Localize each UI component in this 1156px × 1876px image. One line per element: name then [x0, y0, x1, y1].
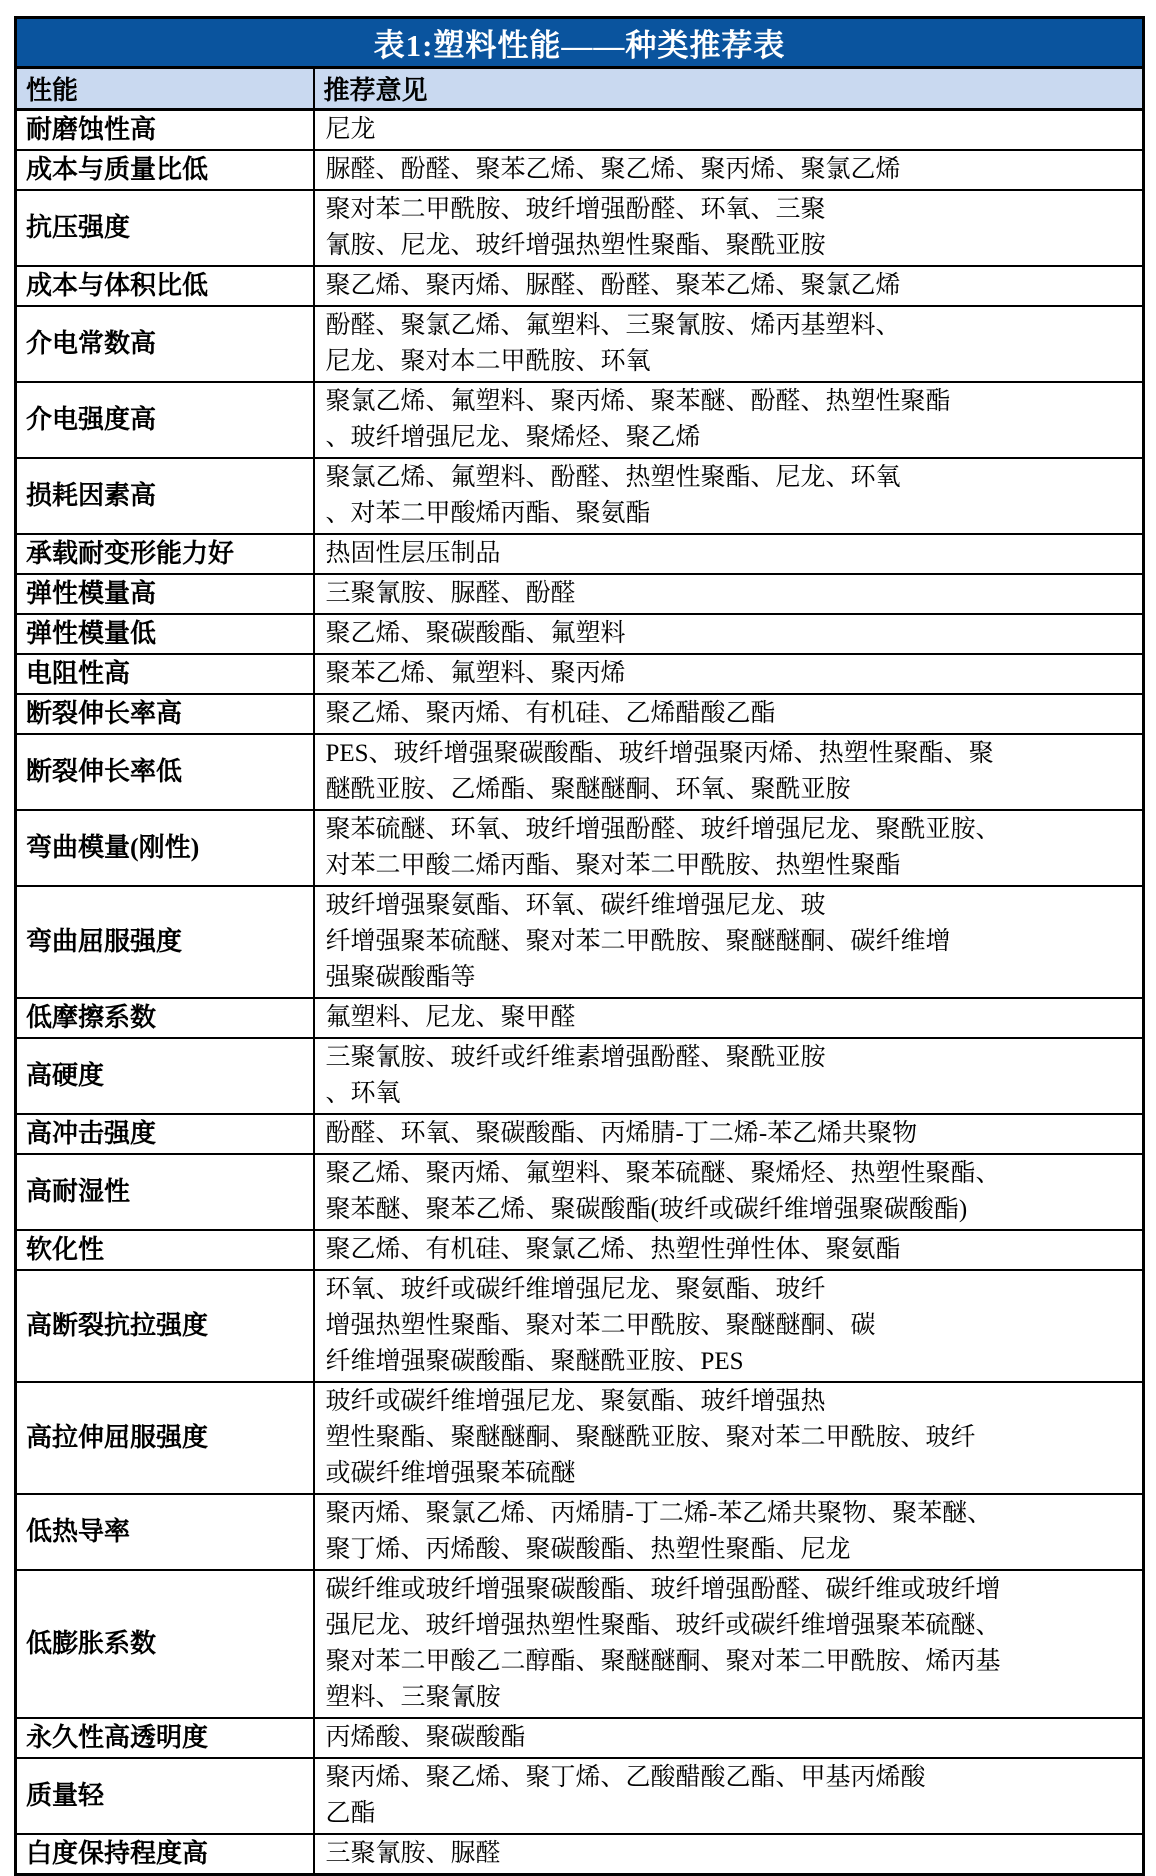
recommendation-cell: 聚氯乙烯、氟塑料、酚醛、热塑性聚酯、尼龙、环氧 、对苯二甲酸烯丙酯、聚氨酯 — [314, 458, 1144, 534]
property-cell: 介电常数高 — [16, 306, 314, 382]
table-row: 承载耐变形能力好 热固性层压制品 — [16, 534, 1144, 574]
table-row: 高拉伸屈服强度 玻纤或碳纤维增强尼龙、聚氨酯、玻纤增强热 塑性聚酯、聚醚醚酮、聚… — [16, 1382, 1144, 1494]
recommendation-cell: 环氧、玻纤或碳纤维增强尼龙、聚氨酯、玻纤 增强热塑性聚酯、聚对苯二甲酰胺、聚醚醚… — [314, 1270, 1144, 1382]
property-cell: 软化性 — [16, 1230, 314, 1270]
recommendation-cell: 三聚氰胺、脲醛、酚醛 — [314, 574, 1144, 614]
recommendation-cell: 脲醛、酚醛、聚苯乙烯、聚乙烯、聚丙烯、聚氯乙烯 — [314, 150, 1144, 190]
column-header-recommendation: 推荐意见 — [314, 68, 1144, 110]
recommendation-cell: 玻纤增强聚氨酯、环氧、碳纤维增强尼龙、玻 纤增强聚苯硫醚、聚对苯二甲酰胺、聚醚醚… — [314, 886, 1144, 998]
property-cell: 弹性模量高 — [16, 574, 314, 614]
property-cell: 低膨胀系数 — [16, 1570, 314, 1718]
property-cell: 损耗因素高 — [16, 458, 314, 534]
property-cell: 高耐湿性 — [16, 1154, 314, 1230]
property-cell: 弯曲屈服强度 — [16, 886, 314, 998]
property-cell: 高硬度 — [16, 1038, 314, 1114]
table-row: 弯曲屈服强度 玻纤增强聚氨酯、环氧、碳纤维增强尼龙、玻 纤增强聚苯硫醚、聚对苯二… — [16, 886, 1144, 998]
table-row: 高耐湿性 聚乙烯、聚丙烯、氟塑料、聚苯硫醚、聚烯烃、热塑性聚酯、 聚苯醚、聚苯乙… — [16, 1154, 1144, 1230]
property-cell: 质量轻 — [16, 1758, 314, 1834]
property-cell: 抗压强度 — [16, 190, 314, 266]
property-cell: 永久性高透明度 — [16, 1718, 314, 1758]
recommendation-cell: 三聚氰胺、脲醛 — [314, 1834, 1144, 1875]
table-row: 永久性高透明度 丙烯酸、聚碳酸酯 — [16, 1718, 1144, 1758]
table-row: 弯曲模量(刚性) 聚苯硫醚、环氧、玻纤增强酚醛、玻纤增强尼龙、聚酰亚胺、 对苯二… — [16, 810, 1144, 886]
recommendation-cell: 聚丙烯、聚氯乙烯、丙烯腈-丁二烯-苯乙烯共聚物、聚苯醚、 聚丁烯、丙烯酸、聚碳酸… — [314, 1494, 1144, 1570]
table-row: 白度保持程度高 三聚氰胺、脲醛 — [16, 1834, 1144, 1875]
recommendation-cell: 聚乙烯、聚丙烯、脲醛、酚醛、聚苯乙烯、聚氯乙烯 — [314, 266, 1144, 306]
table-row: 软化性 聚乙烯、有机硅、聚氯乙烯、热塑性弹性体、聚氨酯 — [16, 1230, 1144, 1270]
property-cell: 电阻性高 — [16, 654, 314, 694]
plastics-recommendation-table: 表1:塑料性能——种类推荐表 性能 推荐意见 耐磨蚀性高 尼龙 成本与质量比低 … — [14, 16, 1145, 1876]
table-row: 低摩擦系数 氟塑料、尼龙、聚甲醛 — [16, 998, 1144, 1038]
recommendation-cell: 聚丙烯、聚乙烯、聚丁烯、乙酸醋酸乙酯、甲基丙烯酸 乙酯 — [314, 1758, 1144, 1834]
column-header-property: 性能 — [16, 68, 314, 110]
table-row: 弹性模量高 三聚氰胺、脲醛、酚醛 — [16, 574, 1144, 614]
property-cell: 断裂伸长率高 — [16, 694, 314, 734]
table-row: 电阻性高 聚苯乙烯、氟塑料、聚丙烯 — [16, 654, 1144, 694]
table-row: 低膨胀系数 碳纤维或玻纤增强聚碳酸酯、玻纤增强酚醛、碳纤维或玻纤增 强尼龙、玻纤… — [16, 1570, 1144, 1718]
table-row: 断裂伸长率高 聚乙烯、聚丙烯、有机硅、乙烯醋酸乙酯 — [16, 694, 1144, 734]
recommendation-cell: 玻纤或碳纤维增强尼龙、聚氨酯、玻纤增强热 塑性聚酯、聚醚醚酮、聚醚酰亚胺、聚对苯… — [314, 1382, 1144, 1494]
property-cell: 低热导率 — [16, 1494, 314, 1570]
table-row: 介电强度高 聚氯乙烯、氟塑料、聚丙烯、聚苯醚、酚醛、热塑性聚酯 、玻纤增强尼龙、… — [16, 382, 1144, 458]
recommendation-cell: 碳纤维或玻纤增强聚碳酸酯、玻纤增强酚醛、碳纤维或玻纤增 强尼龙、玻纤增强热塑性聚… — [314, 1570, 1144, 1718]
table-body: 耐磨蚀性高 尼龙 成本与质量比低 脲醛、酚醛、聚苯乙烯、聚乙烯、聚丙烯、聚氯乙烯… — [16, 110, 1144, 1875]
table-row: 质量轻 聚丙烯、聚乙烯、聚丁烯、乙酸醋酸乙酯、甲基丙烯酸 乙酯 — [16, 1758, 1144, 1834]
table-row: 高断裂抗拉强度 环氧、玻纤或碳纤维增强尼龙、聚氨酯、玻纤 增强热塑性聚酯、聚对苯… — [16, 1270, 1144, 1382]
table-row: 低热导率 聚丙烯、聚氯乙烯、丙烯腈-丁二烯-苯乙烯共聚物、聚苯醚、 聚丁烯、丙烯… — [16, 1494, 1144, 1570]
table-row: 耐磨蚀性高 尼龙 — [16, 110, 1144, 151]
recommendation-cell: 氟塑料、尼龙、聚甲醛 — [314, 998, 1144, 1038]
property-cell: 高冲击强度 — [16, 1114, 314, 1154]
recommendation-cell: 聚苯硫醚、环氧、玻纤增强酚醛、玻纤增强尼龙、聚酰亚胺、 对苯二甲酸二烯丙酯、聚对… — [314, 810, 1144, 886]
document-page: 表1:塑料性能——种类推荐表 性能 推荐意见 耐磨蚀性高 尼龙 成本与质量比低 … — [0, 0, 1156, 1806]
table-row: 成本与质量比低 脲醛、酚醛、聚苯乙烯、聚乙烯、聚丙烯、聚氯乙烯 — [16, 150, 1144, 190]
recommendation-cell: 聚氯乙烯、氟塑料、聚丙烯、聚苯醚、酚醛、热塑性聚酯 、玻纤增强尼龙、聚烯烃、聚乙… — [314, 382, 1144, 458]
recommendation-cell: 丙烯酸、聚碳酸酯 — [314, 1718, 1144, 1758]
recommendation-cell: 酚醛、聚氯乙烯、氟塑料、三聚氰胺、烯丙基塑料、 尼龙、聚对本二甲酰胺、环氧 — [314, 306, 1144, 382]
table-row: 弹性模量低 聚乙烯、聚碳酸酯、氟塑料 — [16, 614, 1144, 654]
table-title: 表1:塑料性能——种类推荐表 — [16, 18, 1144, 68]
table-row: 高硬度 三聚氰胺、玻纤或纤维素增强酚醛、聚酰亚胺 、环氧 — [16, 1038, 1144, 1114]
property-cell: 断裂伸长率低 — [16, 734, 314, 810]
title-row: 表1:塑料性能——种类推荐表 — [16, 18, 1144, 68]
table-row: 抗压强度 聚对苯二甲酰胺、玻纤增强酚醛、环氧、三聚 氰胺、尼龙、玻纤增强热塑性聚… — [16, 190, 1144, 266]
recommendation-cell: 三聚氰胺、玻纤或纤维素增强酚醛、聚酰亚胺 、环氧 — [314, 1038, 1144, 1114]
recommendation-cell: 聚乙烯、聚丙烯、氟塑料、聚苯硫醚、聚烯烃、热塑性聚酯、 聚苯醚、聚苯乙烯、聚碳酸… — [314, 1154, 1144, 1230]
recommendation-cell: 聚苯乙烯、氟塑料、聚丙烯 — [314, 654, 1144, 694]
recommendation-cell: PES、玻纤增强聚碳酸酯、玻纤增强聚丙烯、热塑性聚酯、聚 醚酰亚胺、乙烯酯、聚醚… — [314, 734, 1144, 810]
table-row: 损耗因素高 聚氯乙烯、氟塑料、酚醛、热塑性聚酯、尼龙、环氧 、对苯二甲酸烯丙酯、… — [16, 458, 1144, 534]
table-row: 断裂伸长率低 PES、玻纤增强聚碳酸酯、玻纤增强聚丙烯、热塑性聚酯、聚 醚酰亚胺… — [16, 734, 1144, 810]
property-cell: 低摩擦系数 — [16, 998, 314, 1038]
property-cell: 承载耐变形能力好 — [16, 534, 314, 574]
table-row: 介电常数高 酚醛、聚氯乙烯、氟塑料、三聚氰胺、烯丙基塑料、 尼龙、聚对本二甲酰胺… — [16, 306, 1144, 382]
property-cell: 弯曲模量(刚性) — [16, 810, 314, 886]
property-cell: 白度保持程度高 — [16, 1834, 314, 1875]
property-cell: 成本与体积比低 — [16, 266, 314, 306]
property-cell: 成本与质量比低 — [16, 150, 314, 190]
property-cell: 高拉伸屈服强度 — [16, 1382, 314, 1494]
property-cell: 弹性模量低 — [16, 614, 314, 654]
recommendation-cell: 聚乙烯、有机硅、聚氯乙烯、热塑性弹性体、聚氨酯 — [314, 1230, 1144, 1270]
table-row: 成本与体积比低 聚乙烯、聚丙烯、脲醛、酚醛、聚苯乙烯、聚氯乙烯 — [16, 266, 1144, 306]
property-cell: 高断裂抗拉强度 — [16, 1270, 314, 1382]
recommendation-cell: 聚对苯二甲酰胺、玻纤增强酚醛、环氧、三聚 氰胺、尼龙、玻纤增强热塑性聚酯、聚酰亚… — [314, 190, 1144, 266]
recommendation-cell: 尼龙 — [314, 110, 1144, 151]
recommendation-cell: 酚醛、环氧、聚碳酸酯、丙烯腈-丁二烯-苯乙烯共聚物 — [314, 1114, 1144, 1154]
table-row: 高冲击强度 酚醛、环氧、聚碳酸酯、丙烯腈-丁二烯-苯乙烯共聚物 — [16, 1114, 1144, 1154]
recommendation-cell: 聚乙烯、聚丙烯、有机硅、乙烯醋酸乙酯 — [314, 694, 1144, 734]
property-cell: 介电强度高 — [16, 382, 314, 458]
recommendation-cell: 热固性层压制品 — [314, 534, 1144, 574]
property-cell: 耐磨蚀性高 — [16, 110, 314, 151]
column-header-row: 性能 推荐意见 — [16, 68, 1144, 110]
recommendation-cell: 聚乙烯、聚碳酸酯、氟塑料 — [314, 614, 1144, 654]
